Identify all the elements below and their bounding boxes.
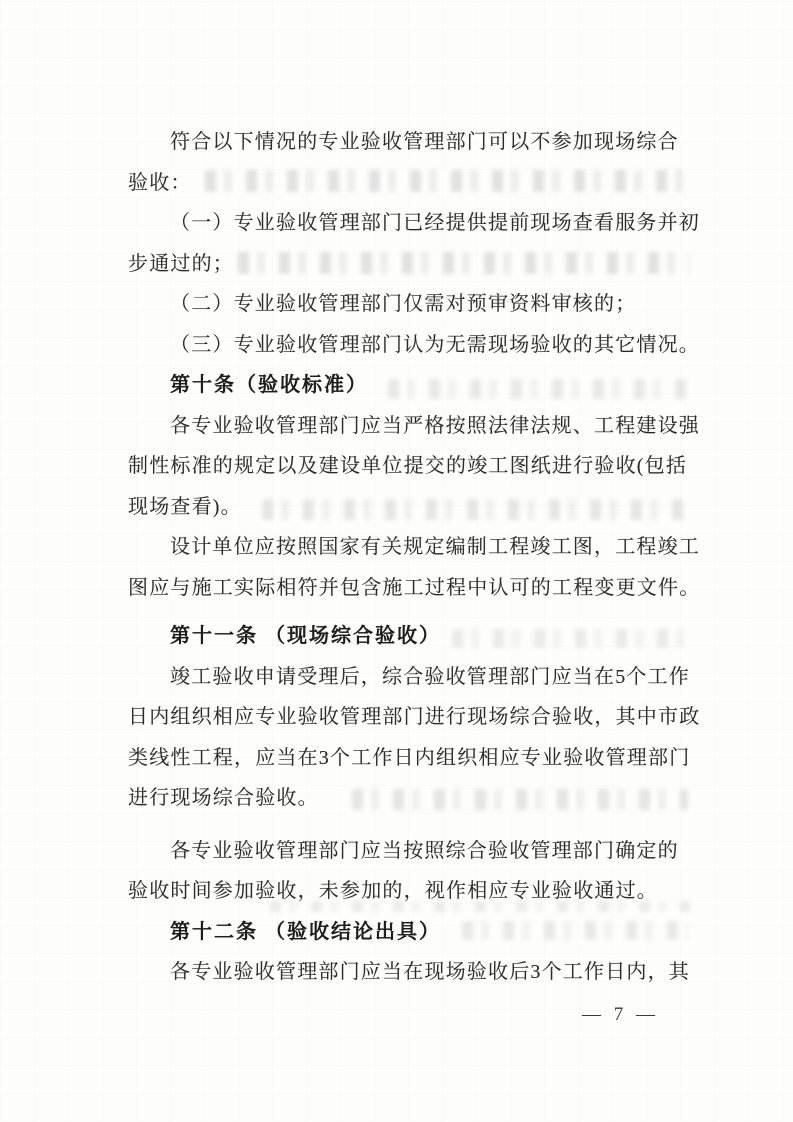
text-line: 日内组织相应专业验收管理部门进行现场综合验收，其中市政 [128, 697, 694, 738]
text-line: 各专业验收管理部门应当严格按照法律法规、工程建设强 [128, 406, 694, 447]
text-line: 进行现场综合验收。 [128, 778, 694, 819]
text-line: 各专业验收管理部门应当在现场验收后3个工作日内，其 [128, 952, 694, 993]
text-line-item-2: （二）专业验收管理部门仅需对预审资料审核的； [128, 284, 694, 325]
page-number: — 7 — [582, 1004, 659, 1026]
document-page: 符合以下情况的专业验收管理部门可以不参加现场综合 验收： （一）专业验收管理部门… [0, 0, 793, 1122]
text-line: 验收： [128, 163, 694, 204]
text-line-item-1: （一）专业验收管理部门已经提供提前现场查看服务并初 [128, 203, 694, 244]
text-line: 类线性工程，应当在3个工作日内组织相应专业验收管理部门 [128, 738, 694, 779]
text-line-item-3: （三）专业验收管理部门认为无需现场验收的其它情况。 [128, 325, 694, 366]
text-line: 现场查看)。 [128, 487, 694, 528]
text-line: 各专业验收管理部门应当按照综合验收管理部门确定的 [128, 831, 694, 872]
text-line: 符合以下情况的专业验收管理部门可以不参加现场综合 [128, 122, 694, 163]
text-line: 制性标准的规定以及建设单位提交的竣工图纸进行验收(包括 [128, 446, 694, 487]
text-line: 验收时间参加验收，未参加的，视作相应专业验收通过。 [128, 871, 694, 912]
text-line: 设计单位应按照国家有关规定编制工程竣工图，工程竣工 [128, 527, 694, 568]
article-heading-11: 第十一条 （现场综合验收） [128, 616, 694, 657]
document-body: 符合以下情况的专业验收管理部门可以不参加现场综合 验收： （一）专业验收管理部门… [128, 122, 694, 993]
text-line: 竣工验收申请受理后，综合验收管理部门应当在5个工作 [128, 657, 694, 698]
text-line: 图应与施工实际相符并包含施工过程中认可的工程变更文件。 [128, 568, 694, 609]
article-heading-12: 第十二条 （验收结论出具） [128, 912, 694, 953]
text-line: 步通过的； [128, 244, 694, 285]
article-heading-10: 第十条（验收标准） [128, 365, 694, 406]
